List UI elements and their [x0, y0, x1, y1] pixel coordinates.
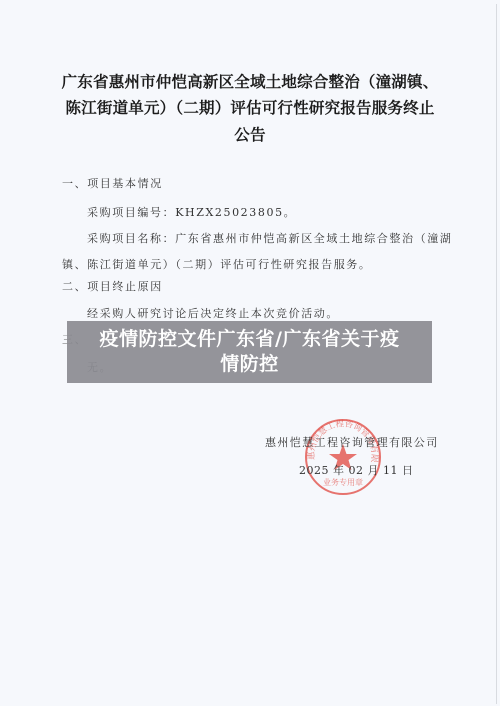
- termination-reason: 经采购人研究讨论后决定终止本次竞价活动。: [87, 305, 339, 321]
- caption-line-2: 情防控: [220, 352, 279, 377]
- title-line-1: 广东省惠州市仲恺高新区全域土地综合整治（潼湖镇、: [50, 70, 450, 92]
- company-seal-icon: 惠州恺慧工程咨询管理有限公司 业务专用章: [304, 418, 382, 496]
- title-line-2: 陈江街道单元）（二期）评估可行性研究报告服务终止: [50, 96, 450, 118]
- project-number: 采购项目编号：KHZX25023805。: [87, 204, 296, 220]
- svg-text:业务专用章: 业务专用章: [323, 477, 363, 487]
- title-line-3: 公告: [50, 123, 450, 145]
- section-2-heading: 二、项目终止原因: [62, 278, 163, 294]
- project-name-line-2: 镇、陈江街道单元）（二期）评估可行性研究报告服务。: [62, 256, 372, 272]
- page-edge: [496, 4, 497, 704]
- section-1-heading: 一、项目基本情况: [62, 175, 163, 191]
- caption-line-1: 疫情防控文件广东省/广东省关于疫: [100, 327, 400, 352]
- company-name: 惠州恺慧工程咨询管理有限公司: [265, 434, 439, 450]
- signature-date: 2025 年 02 月 11 日: [299, 462, 413, 478]
- caption-overlay: 疫情防控文件广东省/广东省关于疫 情防控: [67, 321, 432, 383]
- project-name-line-1: 采购项目名称：广东省惠州市仲恺高新区全域土地综合整治（潼湖: [87, 230, 452, 246]
- document-page: 广东省惠州市仲恺高新区全域土地综合整治（潼湖镇、 陈江街道单元）（二期）评估可行…: [0, 0, 500, 706]
